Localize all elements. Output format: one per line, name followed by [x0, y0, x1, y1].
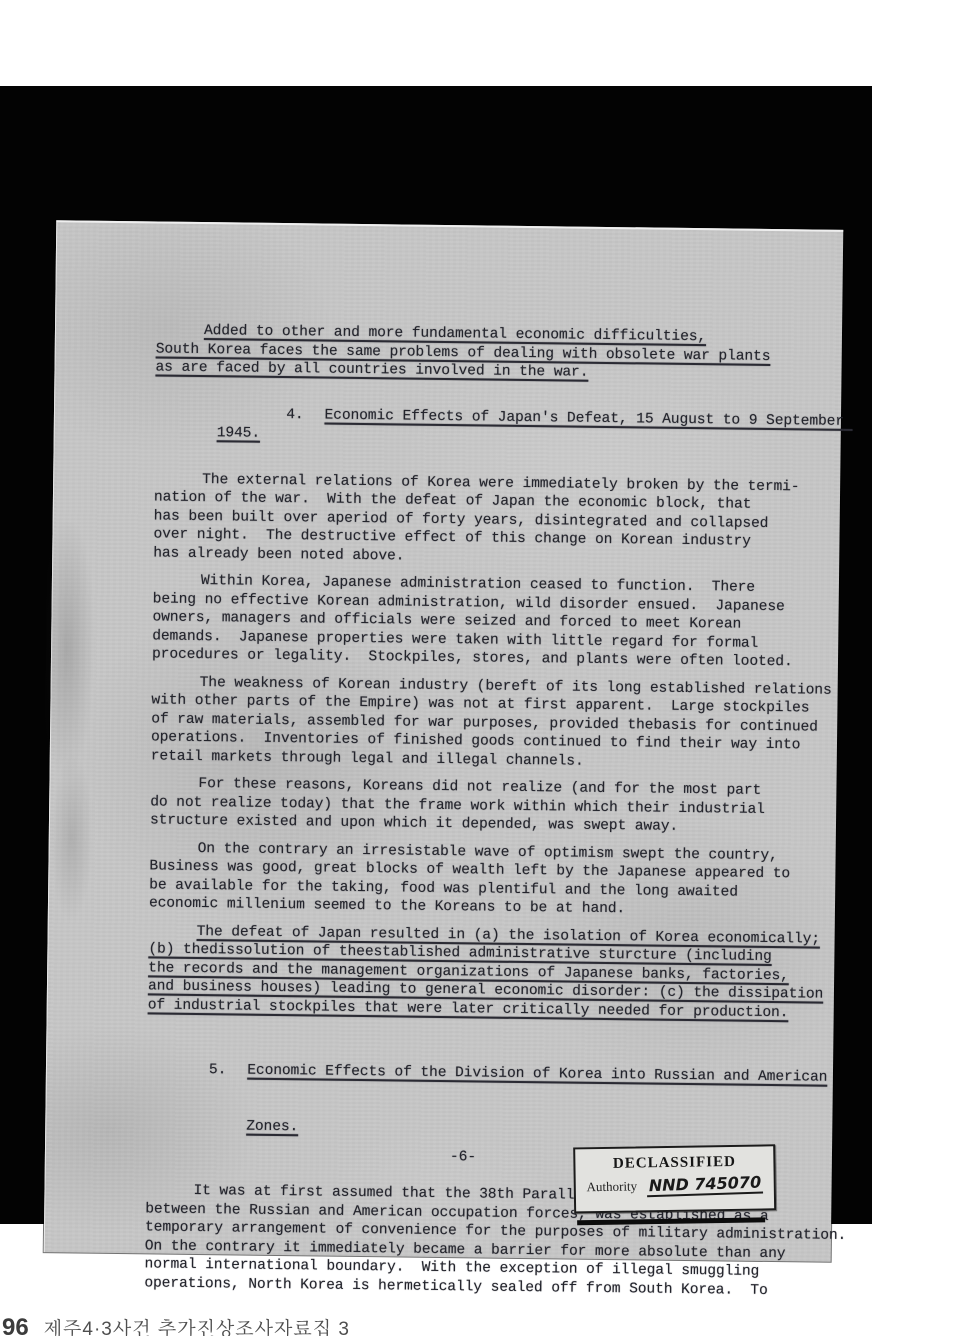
document-page: Added to other and more fundamental econ… — [44, 220, 844, 1262]
scan-background: Added to other and more fundamental econ… — [0, 86, 872, 1224]
book-page-number: 96 — [2, 1314, 29, 1336]
authority-label: Authority — [586, 1178, 637, 1194]
page-number: -6- — [450, 1149, 476, 1165]
scan-smudge — [43, 522, 118, 943]
section-title: Economic Effects of the Division of Kore… — [247, 1063, 827, 1086]
heading-5-line2: Zones. — [246, 1117, 858, 1143]
section-heading-4: 4.Economic Effects of Japan's Defeat, 15… — [216, 387, 867, 469]
authority-number: NND 745070 — [646, 1172, 763, 1197]
stamp-authority-row: Authority NND 745070 — [576, 1173, 774, 1197]
continued-paragraph: Added to other and more fundamental econ… — [155, 321, 868, 385]
paragraph-weakness-industry: The weakness of Korean industry (bereft … — [151, 673, 864, 774]
paragraph-koreans-did-not-realize: For these reasons, Koreans did not reali… — [150, 774, 863, 838]
paragraph-wave-of-optimism: On the contrary an irresistable wave of … — [149, 839, 862, 922]
book-footer: 96 제주4·3사건 추가진상조사자료집 3 — [2, 1314, 350, 1336]
stamp-title: DECLASSIFIED — [575, 1153, 773, 1173]
section-title: Economic Effects of Japan's Defeat, 15 A… — [217, 408, 853, 442]
heading-5-line1: 5.Economic Effects of the Division of Ko… — [209, 1061, 859, 1087]
paragraph-external-relations: The external relations of Korea were imm… — [153, 470, 866, 571]
declassified-stamp: DECLASSIFIED Authority NND 745070 — [573, 1144, 776, 1213]
section-number: 4. — [286, 406, 304, 425]
paragraph-defeat-results: The defeat of Japan resulted in (a) the … — [148, 922, 861, 1023]
section-number: 5. — [209, 1061, 227, 1080]
screenshot-root: { "doc": { "intro": "Added to other and … — [0, 0, 976, 1336]
book-title-caption: 제주4·3사건 추가진상조사자료집 3 — [44, 1314, 350, 1336]
paragraph-within-korea: Within Korea, Japanese administration ce… — [152, 571, 865, 672]
